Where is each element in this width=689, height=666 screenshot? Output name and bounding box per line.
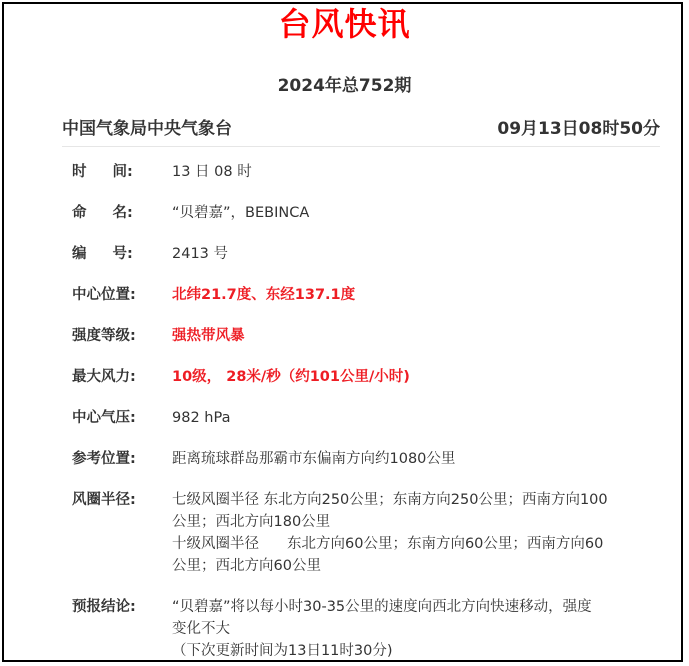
field-value: “贝碧嘉”，BEBINCA xyxy=(172,202,662,224)
field-intensity: 强度等级: 强热带风暴 xyxy=(72,325,662,347)
forecast-line2: 变化不大 xyxy=(172,618,662,640)
field-center-position: 中心位置: 北纬21.7度、东经137.1度 xyxy=(72,284,662,306)
field-value: 2413 号 xyxy=(172,243,662,265)
field-value: 北纬21.7度、东经137.1度 xyxy=(172,284,662,306)
field-value: 13 日 08 时 xyxy=(172,161,662,183)
field-label: 风圈半径: xyxy=(72,489,172,577)
level10-radius-line2: 公里；西北方向60公里 xyxy=(172,555,662,577)
field-label: 中心气压: xyxy=(72,407,172,429)
bulletin-header: 中国气象局中央气象台 09月13日08时50分 xyxy=(62,116,660,147)
field-value: “贝碧嘉”将以每小时30-35公里的速度向西北方向快速移动，强度 变化不大 （下… xyxy=(172,596,662,662)
field-label: 时间: xyxy=(72,161,172,183)
field-time: 时间: 13 日 08 时 xyxy=(72,161,662,183)
typhoon-details: 时间: 13 日 08 时 命名: “贝碧嘉”，BEBINCA 编号: 2413… xyxy=(72,161,662,662)
field-reference-position: 参考位置: 距离琉球群岛那霸市东偏南方向约1080公里 xyxy=(72,448,662,470)
field-label: 中心位置: xyxy=(72,284,172,306)
field-number: 编号: 2413 号 xyxy=(72,243,662,265)
next-update-note: （下次更新时间为13日11时30分) xyxy=(172,640,662,662)
agency-name: 中国气象局中央气象台 xyxy=(62,116,232,142)
field-label: 预报结论: xyxy=(72,596,172,662)
level10-radius-line1: 十级风圈半径东北方向60公里；东南方向60公里；西南方向60 xyxy=(172,533,662,555)
field-label: 最大风力: xyxy=(72,366,172,388)
forecast-line1: “贝碧嘉”将以每小时30-35公里的速度向西北方向快速移动，强度 xyxy=(172,596,662,618)
field-label: 强度等级: xyxy=(72,325,172,347)
level7-radius-line2: 公里；西北方向180公里 xyxy=(172,511,662,533)
field-name: 命名: “贝碧嘉”，BEBINCA xyxy=(72,202,662,224)
field-max-wind: 最大风力: 10级， 28米/秒（约101公里/小时) xyxy=(72,366,662,388)
field-value: 10级， 28米/秒（约101公里/小时) xyxy=(172,366,662,388)
field-value: 强热带风暴 xyxy=(172,325,662,347)
level7-radius-line1: 七级风圈半径 东北方向250公里；东南方向250公里；西南方向100 xyxy=(172,489,662,511)
field-label: 编号: xyxy=(72,243,172,265)
field-label: 参考位置: xyxy=(72,448,172,470)
issue-number: 2024年总752期 xyxy=(0,74,689,98)
field-value: 982 hPa xyxy=(172,407,662,429)
field-wind-radius: 风圈半径: 七级风圈半径 东北方向250公里；东南方向250公里；西南方向100… xyxy=(72,489,662,577)
page-title: 台风快讯 xyxy=(0,4,689,44)
field-center-pressure: 中心气压: 982 hPa xyxy=(72,407,662,429)
field-forecast: 预报结论: “贝碧嘉”将以每小时30-35公里的速度向西北方向快速移动，强度 变… xyxy=(72,596,662,662)
field-value: 七级风圈半径 东北方向250公里；东南方向250公里；西南方向100 公里；西北… xyxy=(172,489,662,577)
field-value: 距离琉球群岛那霸市东偏南方向约1080公里 xyxy=(172,448,662,470)
issue-datetime: 09月13日08时50分 xyxy=(497,116,660,142)
field-label: 命名: xyxy=(72,202,172,224)
